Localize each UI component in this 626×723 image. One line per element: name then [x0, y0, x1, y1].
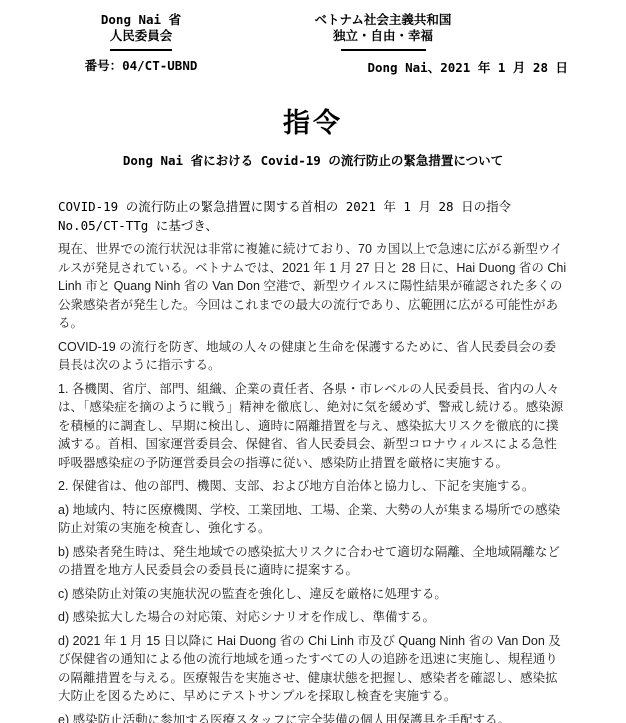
- paragraph-sub-item-a: a) 地域内、特に医療機関、学校、工業団地、工場、企業、大勢の人が集まる場所での…: [58, 501, 568, 538]
- paragraph-sub-item-b: b) 感染者発生時は、発生地域での感染拡大リスクに合わせて適切な隔離、全地域隔離…: [58, 543, 568, 580]
- document-header: Dong Nai 省 人民委員会 番号：04/CT-UBND ベトナム社会主義共…: [0, 0, 626, 96]
- nation-divider-line: [341, 49, 426, 51]
- paragraph-item-2: 2. 保健省は、他の部門、機関、支部、および地方自治体と協力し、下記を実施する。: [58, 477, 568, 496]
- document-body: COVID-19 の流行防止の緊急措置に関する首相の 2021 年 1 月 28…: [58, 197, 568, 723]
- paragraph-sub-item-e: e) 感染防止活動に参加する医療スタッフに完全装備の個人用保護具を手配する。: [58, 711, 568, 723]
- issuer-block: Dong Nai 省 人民委員会 番号：04/CT-UBND: [78, 12, 204, 74]
- paragraph-sub-item-d1: d) 感染拡大した場合の対応策、対応シナリオを作成し、準備する。: [58, 608, 568, 627]
- paragraph-directive-intro: COVID-19 の流行を防ぎ、地域の人々の健康と生命を保護するために、省人民委…: [58, 338, 568, 375]
- paragraph-situation: 現在、世界での流行状況は非常に複雑に続けており、70 カ国以上で急速に広がる新型…: [58, 240, 568, 333]
- document-page: Dong Nai 省 人民委員会 番号：04/CT-UBND ベトナム社会主義共…: [0, 0, 626, 723]
- paragraph-item-1: 1. 各機関、省庁、部門、組織、企業の責任者、各県・市レベルの人民委員長、省内の…: [58, 380, 568, 473]
- nation-motto: 独立・自由・幸福: [288, 28, 478, 44]
- document-title: 指令: [0, 108, 626, 140]
- document-subtitle: Dong Nai 省における Covid-19 の流行防止の緊急措置について: [0, 153, 626, 169]
- nation-block: ベトナム社会主義共和国 独立・自由・幸福: [288, 12, 478, 58]
- paragraph-basis: COVID-19 の流行防止の緊急措置に関する首相の 2021 年 1 月 28…: [58, 197, 568, 235]
- paragraph-sub-item-d2: d) 2021 年 1 月 15 日以降に Hai Duong 省の Chi L…: [58, 632, 568, 706]
- issuer-committee: 人民委員会: [78, 28, 204, 44]
- issuer-divider-line: [110, 49, 172, 51]
- document-number: 番号：04/CT-UBND: [78, 58, 204, 74]
- place-and-date: Dong Nai、2021 年 1 月 28 日: [367, 58, 568, 76]
- issuer-province: Dong Nai 省: [78, 12, 204, 28]
- paragraph-sub-item-c: c) 感染防止対策の実施状況の監査を強化し、違反を厳格に処理する。: [58, 585, 568, 604]
- nation-country: ベトナム社会主義共和国: [288, 12, 478, 28]
